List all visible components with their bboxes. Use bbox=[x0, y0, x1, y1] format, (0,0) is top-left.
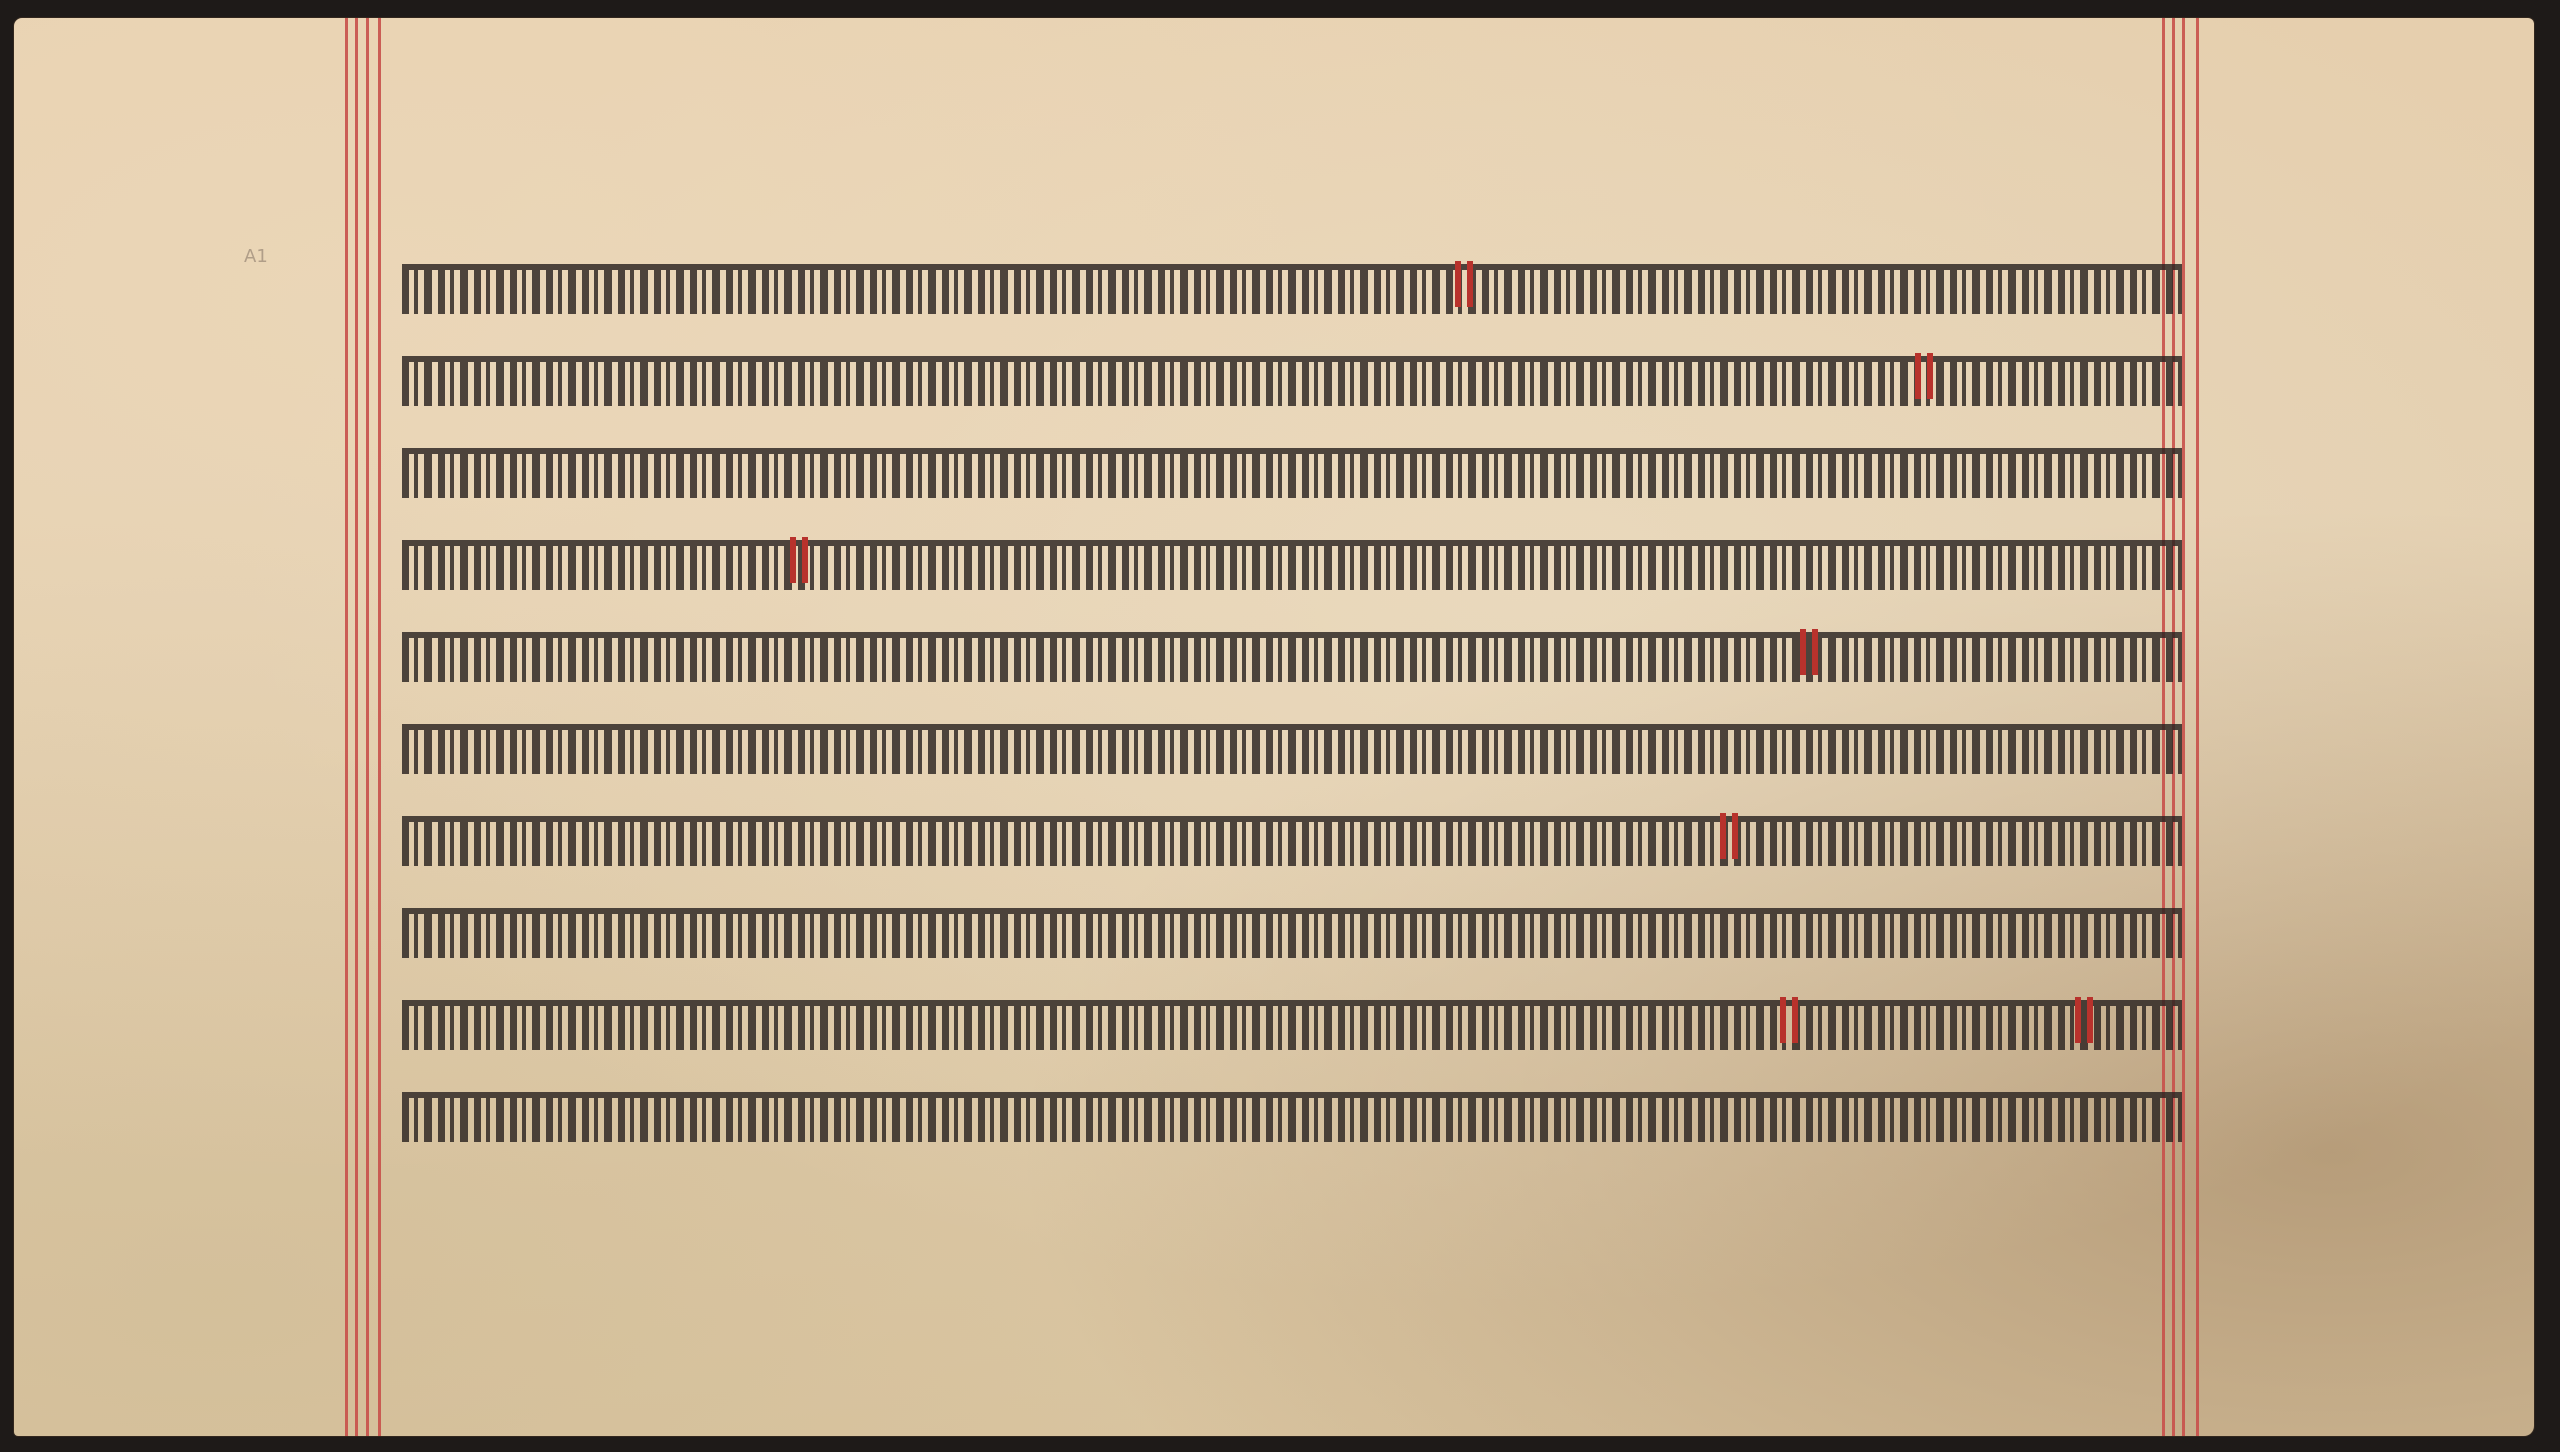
script-ink bbox=[402, 448, 2182, 498]
text-line: [illegible script line 3] bbox=[402, 427, 2182, 519]
left-margin-rule bbox=[355, 18, 358, 1436]
text-line: [illegible script line 1] bbox=[402, 243, 2182, 335]
manuscript-folio: A1 [illegible script line 1] [illegible … bbox=[14, 18, 2534, 1436]
red-double-danda bbox=[1720, 813, 1738, 859]
text-line: [illegible script line 5] bbox=[402, 611, 2182, 703]
manuscript-text-block: [illegible script line 1] [illegible scr… bbox=[402, 243, 2182, 1163]
right-margin-rule bbox=[2196, 18, 2199, 1436]
folio-margin-label: A1 bbox=[244, 246, 268, 267]
text-line: [illegible script line 7] bbox=[402, 795, 2182, 887]
text-line: [illegible script line 2] bbox=[402, 335, 2182, 427]
text-line: [illegible script line 6] bbox=[402, 703, 2182, 795]
red-double-danda bbox=[1800, 629, 1818, 675]
script-ink bbox=[402, 1000, 2182, 1050]
script-ink bbox=[402, 540, 2182, 590]
text-line: [illegible script line 9] bbox=[402, 979, 2182, 1071]
left-margin-rule bbox=[378, 18, 381, 1436]
right-margin-rule bbox=[2182, 18, 2185, 1436]
script-ink bbox=[402, 724, 2182, 774]
text-line: [illegible script line 10] bbox=[402, 1071, 2182, 1163]
script-ink bbox=[402, 264, 2182, 314]
script-ink bbox=[402, 1092, 2182, 1142]
red-double-danda bbox=[1915, 353, 1933, 399]
script-ink bbox=[402, 816, 2182, 866]
red-double-danda bbox=[1455, 261, 1473, 307]
red-double-danda bbox=[1780, 997, 1798, 1043]
script-ink bbox=[402, 632, 2182, 682]
red-double-danda bbox=[790, 537, 808, 583]
script-ink bbox=[402, 908, 2182, 958]
text-line: [illegible script line 4] bbox=[402, 519, 2182, 611]
left-margin-rule bbox=[345, 18, 348, 1436]
text-line: [illegible script line 8] bbox=[402, 887, 2182, 979]
left-margin-rule bbox=[366, 18, 369, 1436]
red-double-danda bbox=[2075, 997, 2093, 1043]
